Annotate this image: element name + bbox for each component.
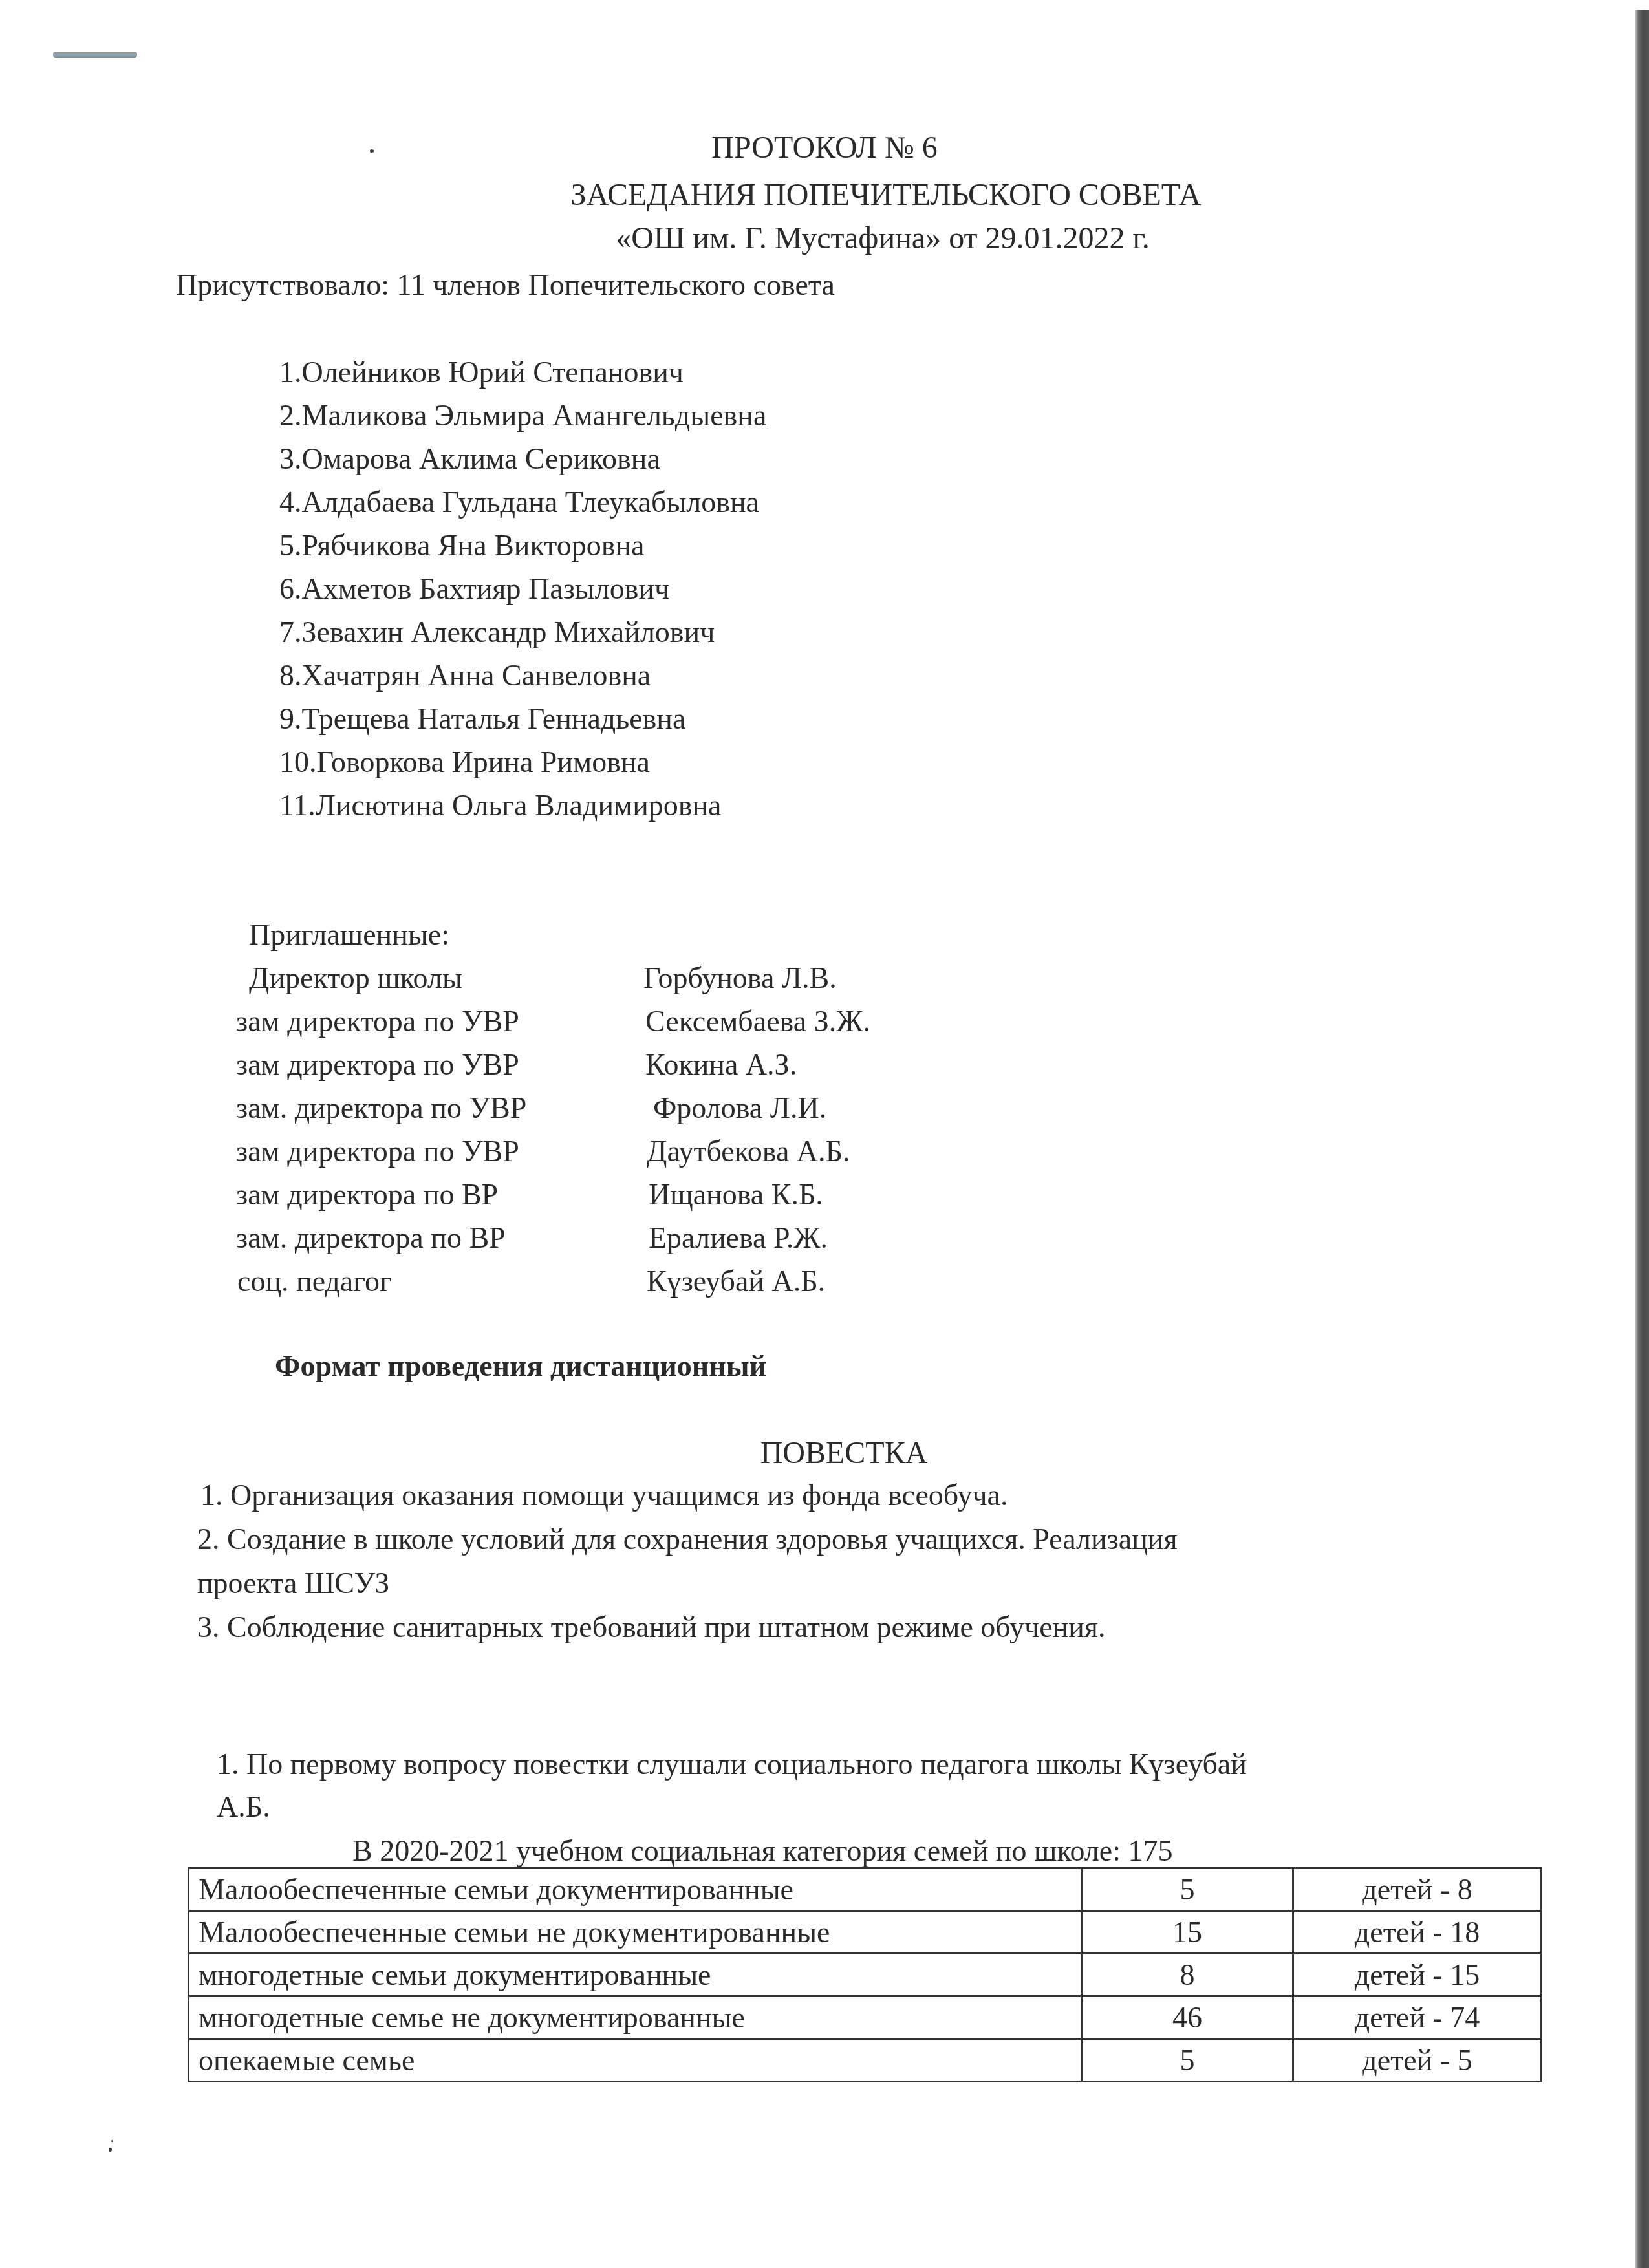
families-count-cell: 5: [1082, 1868, 1293, 1911]
scan-speck: [109, 2148, 112, 2152]
invited-heading: Приглашенные:: [249, 920, 449, 950]
families-count-cell: 5: [1082, 2039, 1293, 2082]
invited-role: соц. педагог: [237, 1267, 392, 1296]
category-cell: многодетные семье не документированные: [189, 1996, 1082, 2039]
member-item: 5.Рябчикова Яна Викторовна: [279, 531, 644, 561]
invited-name: Ералиева Р.Ж.: [649, 1223, 828, 1253]
member-item: 8.Хачатрян Анна Санвеловна: [279, 661, 651, 690]
table-row: Малообеспеченные семьи документированные…: [189, 1868, 1542, 1911]
member-item: 4.Алдабаева Гульдана Тлеукабыловна: [279, 487, 759, 517]
children-count-cell: детей - 18: [1293, 1911, 1542, 1954]
invited-name: Горбунова Л.В.: [643, 963, 837, 993]
family-category-table: Малообеспеченные семьи документированные…: [188, 1867, 1542, 2082]
table-caption: В 2020-2021 учебном социальная категория…: [352, 1836, 1172, 1866]
agenda-item: 2. Создание в школе условий для сохранен…: [197, 1524, 1178, 1554]
children-count-cell: детей - 8: [1293, 1868, 1542, 1911]
category-cell: опекаемые семье: [189, 2039, 1082, 2082]
scan-speck: [111, 2140, 113, 2142]
invited-name: Сексембаева З.Ж.: [645, 1007, 870, 1036]
invited-name: Кокина А.З.: [645, 1050, 797, 1080]
scanner-edge-shadow: [1635, 10, 1649, 2268]
category-cell: Малообеспеченные семьи документированные: [189, 1868, 1082, 1911]
member-item: 6.Ахметов Бахтияр Пазылович: [279, 574, 669, 604]
invited-role: зам. директора по ВР: [236, 1223, 506, 1253]
table-row: опекаемые семье 5 детей - 5: [189, 2039, 1542, 2082]
category-cell: Малообеспеченные семьи не документирован…: [189, 1911, 1082, 1954]
protocol-school-date: «ОШ им. Г. Мустафина» от 29.01.2022 г.: [0, 223, 1649, 254]
member-item: 1.Олейников Юрий Степанович: [279, 358, 684, 387]
discussion-text: 1. По первому вопросу повестки слушали с…: [217, 1749, 1247, 1779]
table-row: Малообеспеченные семьи не документирован…: [189, 1911, 1542, 1954]
families-count-cell: 8: [1082, 1954, 1293, 1996]
attendance-line: Присутствовало: 11 членов Попечительског…: [176, 270, 835, 300]
children-count-cell: детей - 74: [1293, 1996, 1542, 2039]
agenda-heading: ПОВЕСТКА: [0, 1438, 1649, 1469]
invited-role: зам директора по УВР: [236, 1137, 519, 1166]
invited-name: Даутбекова А.Б.: [647, 1137, 850, 1166]
invited-name: Күзеубай А.Б.: [647, 1267, 825, 1296]
children-count-cell: детей - 5: [1293, 2039, 1542, 2082]
meeting-format: Формат проведения дистанционный: [275, 1351, 766, 1381]
category-cell: многодетные семьи документированные: [189, 1954, 1082, 1996]
families-count-cell: 46: [1082, 1996, 1293, 2039]
protocol-number: ПРОТОКОЛ № 6: [0, 133, 1649, 164]
invited-name: Ищанова К.Б.: [649, 1180, 823, 1210]
families-count-cell: 15: [1082, 1911, 1293, 1954]
table-row: многодетные семье не документированные 4…: [189, 1996, 1542, 2039]
invited-role: зам. директора по УВР: [236, 1093, 526, 1123]
invited-name: Фролова Л.И.: [653, 1093, 826, 1123]
agenda-item: 1. Организация оказания помощи учащимся …: [200, 1481, 1008, 1510]
agenda-item: 3. Соблюдение санитарных требований при …: [197, 1612, 1105, 1642]
invited-role: зам директора по ВР: [236, 1180, 498, 1210]
protocol-subtitle: ЗАСЕДАНИЯ ПОПЕЧИТЕЛЬСКОГО СОВЕТА: [0, 180, 1649, 211]
table-row: многодетные семьи документированные 8 де…: [189, 1954, 1542, 1996]
children-count-cell: детей - 15: [1293, 1954, 1542, 1996]
member-item: 7.Зевахин Александр Михайлович: [279, 617, 715, 647]
invited-role: зам директора по УВР: [236, 1050, 519, 1080]
member-item: 11.Лисютина Ольга Владимировна: [279, 791, 722, 820]
invited-role: Директор школы: [249, 963, 462, 993]
member-item: 10.Говоркова Ирина Римовна: [279, 747, 650, 777]
staple-mark: [53, 52, 137, 58]
agenda-item-continued: проекта ШСУЗ: [197, 1568, 389, 1598]
member-item: 9.Трещева Наталья Геннадьевна: [279, 704, 685, 734]
member-item: 3.Омарова Аклима Сериковна: [279, 444, 660, 474]
member-item: 2.Маликова Эльмира Амангельдыевна: [279, 401, 766, 431]
invited-role: зам директора по УВР: [236, 1007, 519, 1036]
discussion-text-continued: А.Б.: [217, 1792, 270, 1822]
